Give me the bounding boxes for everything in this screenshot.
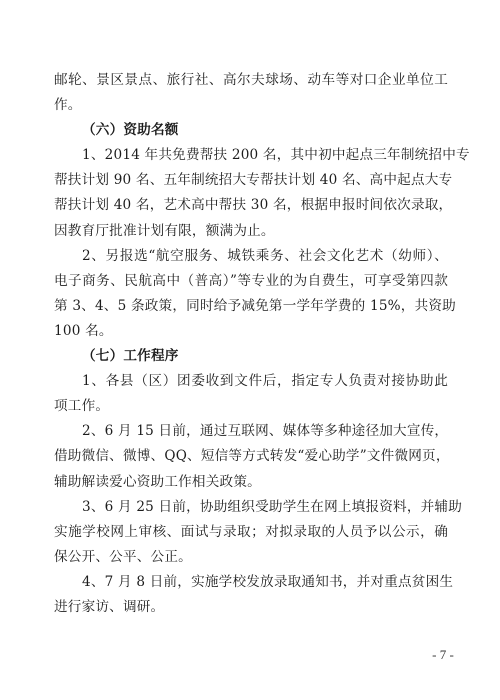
text-line: 电子商务、民航高中（普高）”等专业的为自费生，可享受第四款 (54, 269, 448, 294)
text-line: 项工作。 (54, 394, 448, 419)
text-line: 1、2014 年共免费帮扶 200 名，其中初中起点三年制统招中专 (54, 143, 448, 168)
text-line: 辅助解读爱心资助工作相关政策。 (54, 470, 448, 495)
text-line: 2、另报选“航空服务、城铁乘务、社会文化艺术（幼师）、 (54, 244, 448, 269)
text-line: 100 名。 (54, 319, 448, 344)
text-line: 借助微信、微博、QQ、短信等方式转发“爱心助学”文件微网页， (54, 444, 448, 469)
text-line: 邮轮、景区景点、旅行社、高尔夫球场、动车等对口企业单位工 (54, 68, 448, 93)
section-heading: （六）资助名额 (54, 118, 448, 143)
text-line: 2、6 月 15 日前，通过互联网、媒体等多种途径加大宣传， (54, 419, 448, 444)
text-line: 进行家访、调研。 (54, 595, 448, 620)
text-line: 帮扶计划 40 名，艺术高中帮扶 30 名，根据申报时间依次录取， (54, 193, 448, 218)
document-body: 邮轮、景区景点、旅行社、高尔夫球场、动车等对口企业单位工 作。 （六）资助名额 … (54, 68, 448, 620)
text-line: 帮扶计划 90 名、五年制统招大专帮扶计划 40 名、高中起点大专 (54, 168, 448, 193)
text-line: 4、7 月 8 日前，实施学校发放录取通知书，并对重点贫困生 (54, 570, 448, 595)
text-line: 作。 (54, 93, 448, 118)
text-line: 3、6 月 25 日前，协助组织受助学生在网上填报资料，并辅助 (54, 495, 448, 520)
document-page: 邮轮、景区景点、旅行社、高尔夫球场、动车等对口企业单位工 作。 （六）资助名额 … (0, 0, 500, 700)
text-line: 实施学校网上审核、面试与录取；对拟录取的人员予以公示，确 (54, 520, 448, 545)
text-line: 因教育厅批准计划有限，额满为止。 (54, 219, 448, 244)
page-number: - 7 - (428, 647, 458, 663)
text-line: 保公开、公平、公正。 (54, 545, 448, 570)
text-line: 1、各县（区）团委收到文件后，指定专人负责对接协助此 (54, 369, 448, 394)
section-heading: （七）工作程序 (54, 344, 448, 369)
text-line: 第 3、4、5 条政策，同时给予减免第一学年学费的 15%，共资助 (54, 294, 448, 319)
